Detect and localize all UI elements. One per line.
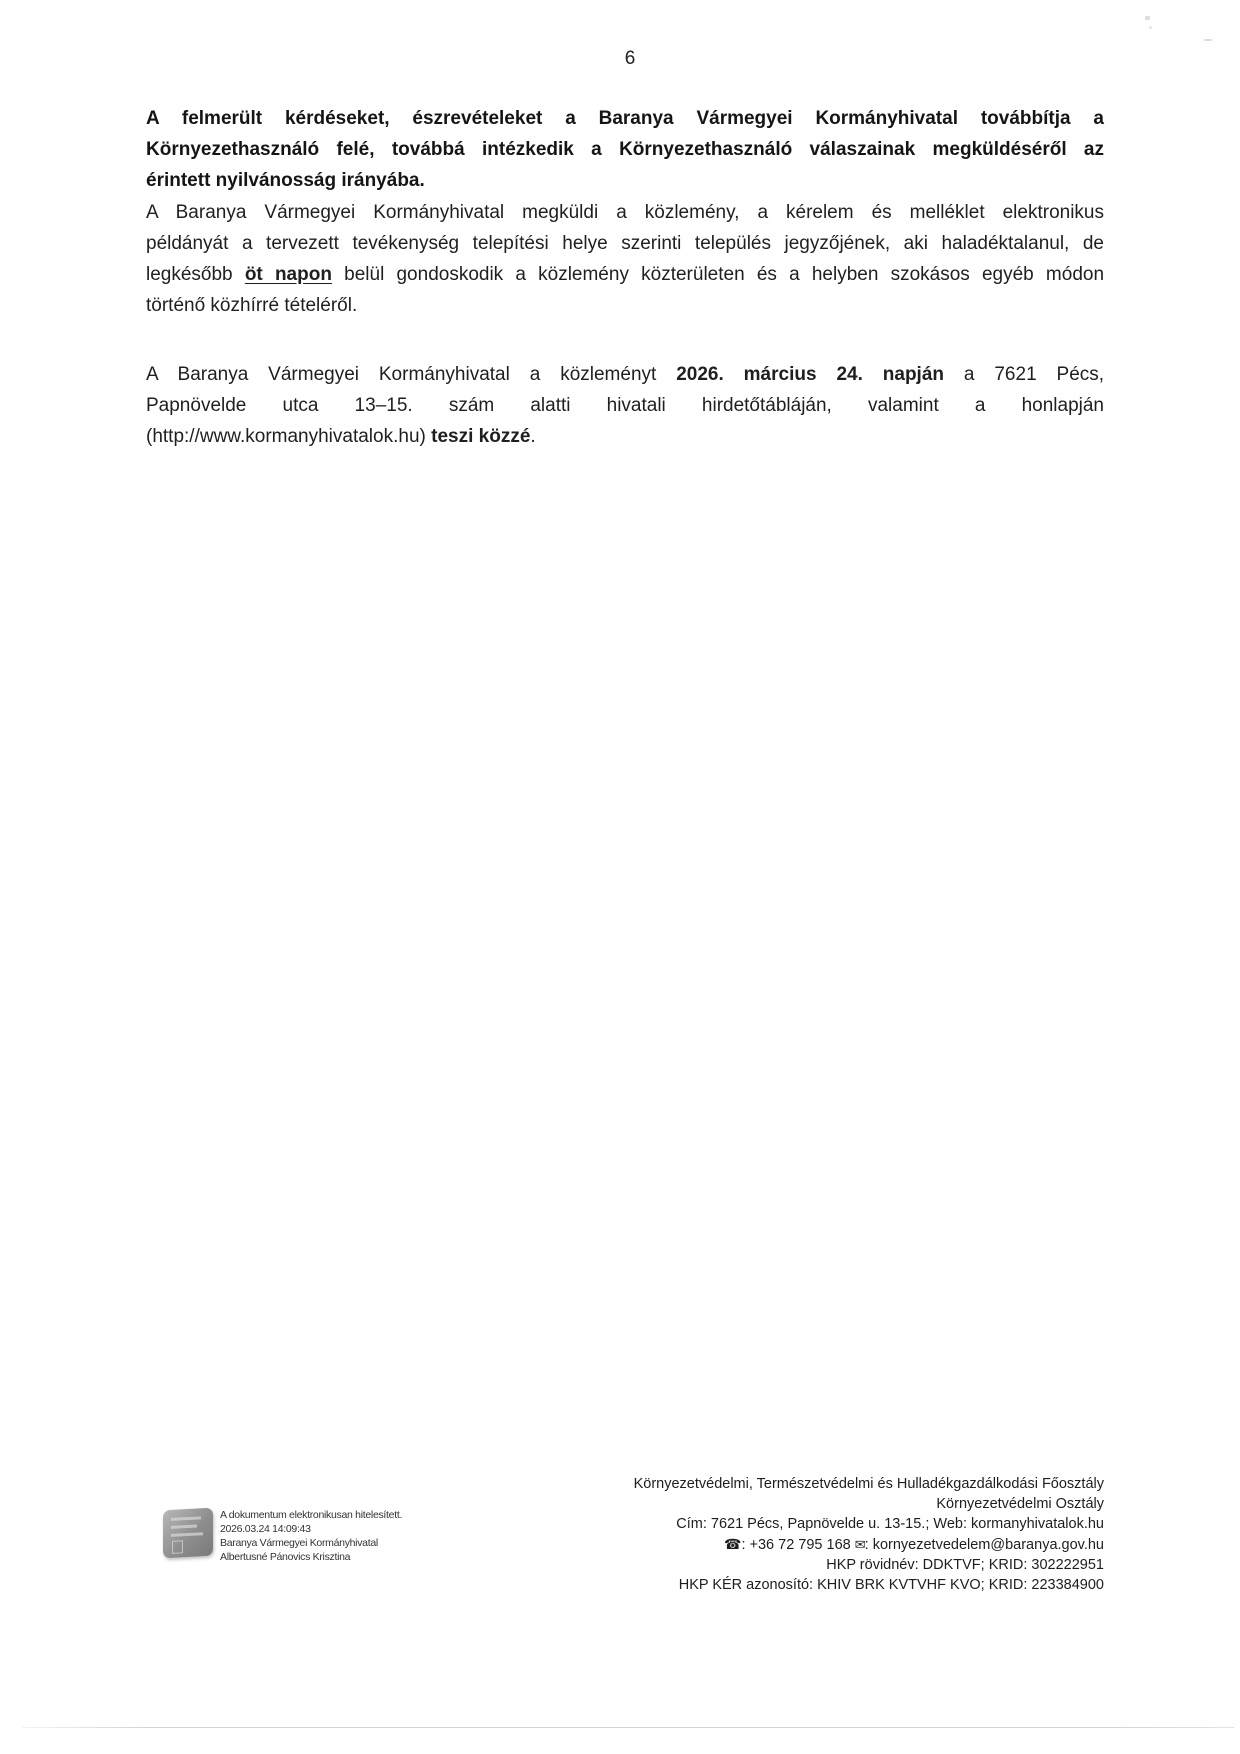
- scan-edge-line: [22, 1727, 1234, 1728]
- text-line: A Baranya Vármegyei Kormányhivatal megkü…: [146, 197, 1104, 228]
- publication-date-year: 2026.: [676, 364, 724, 385]
- paragraph-distribution: A Baranya Vármegyei Kormányhivatal megkü…: [146, 197, 1104, 321]
- publication-date-suffix: napján: [883, 364, 944, 385]
- text-segment: legkésőbb: [146, 264, 233, 285]
- footer-phone-email: ☎: +36 72 795 168 ✉: kornyezetvedelem@ba…: [634, 1534, 1104, 1555]
- footer-hkp-ker: HKP KÉR azonosító: KHIV BRK KVTVHF KVO; …: [634, 1575, 1104, 1595]
- signature-signer: Albertusné Pánovics Krisztina: [220, 1550, 402, 1564]
- telephone-icon: ☎: [724, 1534, 741, 1554]
- text-line: A felmerült kérdéseket, észrevételeket a…: [146, 103, 1104, 134]
- signature-organization: Baranya Vármegyei Kormányhivatal: [220, 1536, 402, 1550]
- footer-hkp-short: HKP rövidnév: DDKTVF; KRID: 302222951: [634, 1555, 1104, 1575]
- footer-email: : kornyezetvedelem@baranya.gov.hu: [865, 1537, 1104, 1553]
- text-line: A Baranya Vármegyei Kormányhivatal a köz…: [146, 359, 1104, 390]
- text-line: példányát a tervezett tevékenység telepí…: [146, 228, 1104, 259]
- publication-date-month: március: [744, 364, 817, 385]
- scan-artifact: [1204, 39, 1212, 41]
- footer-contact-block: Környezetvédelmi, Természetvédelmi és Hu…: [634, 1474, 1104, 1595]
- paragraph-publication: A Baranya Vármegyei Kormányhivatal a köz…: [146, 359, 1104, 452]
- footer-address: Cím: 7621 Pécs, Papnövelde u. 13-15.; We…: [634, 1514, 1104, 1534]
- e-signature-stamp-icon: [163, 1508, 213, 1559]
- signature-authentication-note: A dokumentum elektronikusan hitelesített…: [220, 1508, 402, 1522]
- text-line: érintett nyilvánosság irányába.: [146, 165, 1104, 196]
- scan-artifact: [1149, 26, 1152, 29]
- signature-timestamp: 2026.03.24 14:09:43: [220, 1522, 402, 1536]
- text-line: (http://www.kormanyhivatalok.hu) teszi k…: [146, 421, 1104, 452]
- text-segment: A Baranya Vármegyei Kormányhivatal a köz…: [146, 364, 656, 385]
- text-segment: .: [530, 426, 535, 447]
- text-line: Környezethasználó felé, továbbá intézked…: [146, 134, 1104, 165]
- deadline-emphasis: öt napon: [245, 264, 332, 285]
- page-number: 6: [0, 48, 1240, 70]
- email-icon: ✉: [855, 1535, 865, 1555]
- text-segment: belül gondoskodik a közlemény közterület…: [344, 264, 1104, 285]
- footer-unit: Környezetvédelmi Osztály: [634, 1494, 1104, 1514]
- paragraph-notice-forwarding: A felmerült kérdéseket, észrevételeket a…: [146, 103, 1104, 196]
- text-line: Papnövelde utca 13–15. szám alatti hivat…: [146, 390, 1104, 421]
- electronic-signature-block: A dokumentum elektronikusan hitelesített…: [220, 1508, 402, 1564]
- text-segment: a 7621 Pécs,: [964, 364, 1104, 385]
- publication-date-day: 24.: [836, 364, 862, 385]
- text-line: történő közhírré tételéről.: [146, 290, 1104, 321]
- publication-emphasis: teszi közzé: [431, 426, 530, 447]
- footer-phone: : +36 72 795 168: [741, 1537, 850, 1553]
- footer-department: Környezetvédelmi, Természetvédelmi és Hu…: [634, 1474, 1104, 1494]
- scan-artifact: [1145, 16, 1150, 20]
- website-url: (http://www.kormanyhivatalok.hu): [146, 426, 426, 447]
- text-line: legkésőbb öt napon belül gondoskodik a k…: [146, 259, 1104, 290]
